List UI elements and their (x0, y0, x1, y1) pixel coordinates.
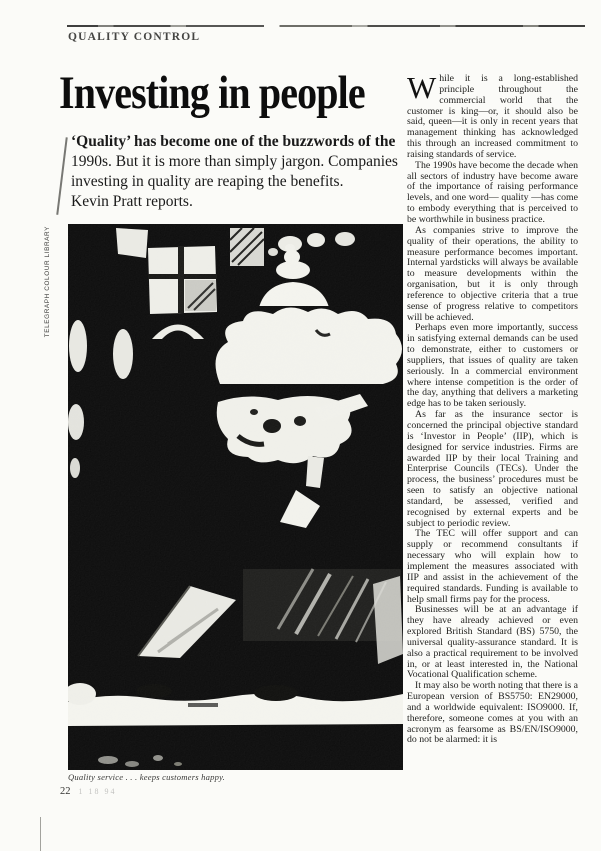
page-number: 22 (60, 786, 71, 797)
body-paragraph: While it is a long-established principle… (407, 74, 578, 161)
page-footer: 221 18 94 (60, 786, 117, 797)
standfirst-lead: ‘Quality’ has become one of the buzzword… (71, 133, 395, 150)
article-title: Investing in people (59, 66, 365, 120)
body-paragraph: The TEC will offer support and can suppl… (407, 529, 578, 605)
body-paragraph: Businesses will be at an advantage if th… (407, 605, 578, 681)
section-kicker: QUALITY CONTROL (68, 31, 200, 43)
photo-caption: Quality service . . . keeps customers ha… (68, 772, 398, 782)
scan-slash-artifact (56, 137, 67, 215)
standfirst-rest: 1990s. But it is more than simply jargon… (71, 153, 398, 190)
body-column: While it is a long-established principle… (407, 74, 578, 746)
dropcap: W (407, 74, 439, 100)
byline: Kevin Pratt reports. (71, 192, 409, 212)
standfirst: ‘Quality’ has become one of the buzzword… (71, 132, 409, 212)
footer-faint-text: 1 18 94 (79, 787, 117, 796)
body-paragraph: As far as the insurance sector is concer… (407, 410, 578, 529)
scan-line-artifact (40, 817, 41, 851)
body-paragraph: Perhaps even more importantly, success i… (407, 323, 578, 410)
article-photo (68, 224, 403, 770)
body-paragraph: It may also be worth noting that there i… (407, 681, 578, 746)
photo-credit: TELEGRAPH COLOUR LIBRARY (44, 226, 51, 337)
magazine-page: QUALITY CONTROL Investing in people ‘Qua… (0, 0, 601, 851)
body-paragraph: The 1990s have become the decade when al… (407, 161, 578, 226)
photo-illustration (68, 224, 403, 770)
top-rule (67, 25, 585, 27)
body-paragraph: As companies strive to improve the quali… (407, 226, 578, 324)
